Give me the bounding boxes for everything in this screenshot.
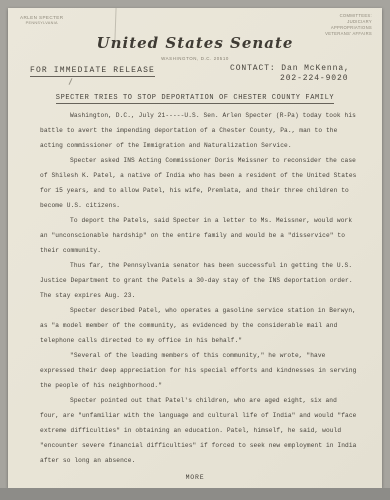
contact-line: CONTACT: Dan McKenna, xyxy=(230,64,350,74)
pen-mark xyxy=(69,78,73,85)
scanned-page-background: ARLEN SPECTER PENNSYLVANIA COMMITTEES: J… xyxy=(0,0,390,500)
headline: SPECTER TRIES TO STOP DEPORTATION OF CHE… xyxy=(8,94,382,102)
paragraph: Thus far, the Pennsylvania senator has b… xyxy=(40,258,358,303)
paragraph: Specter asked INS Acting Commissioner Do… xyxy=(40,153,358,213)
press-release-page: ARLEN SPECTER PENNSYLVANIA COMMITTEES: J… xyxy=(8,8,382,488)
senate-address: WASHINGTON, D.C. 20510 xyxy=(8,56,382,61)
contact-block: CONTACT: Dan McKenna, 202-224-9020 xyxy=(230,64,350,83)
contact-phone: 202-224-9020 xyxy=(230,74,350,84)
paragraph: Specter described Patel, who operates a … xyxy=(40,303,358,348)
release-line-text: FOR IMMEDIATE RELEASE xyxy=(30,66,155,77)
release-line: FOR IMMEDIATE RELEASE xyxy=(30,66,155,75)
more-marker: MORE xyxy=(8,474,382,481)
scan-bottom-strip xyxy=(0,488,390,500)
headline-text: SPECTER TRIES TO STOP DEPORTATION OF CHE… xyxy=(56,94,334,104)
paragraph: Washington, D.C., July 21-----U.S. Sen. … xyxy=(40,108,358,153)
paragraph: "Several of the leading members of this … xyxy=(40,348,358,393)
sender-block: ARLEN SPECTER PENNSYLVANIA xyxy=(20,15,64,25)
senate-masthead: United States Senate xyxy=(8,34,382,52)
body-text: Washington, D.C., July 21-----U.S. Sen. … xyxy=(40,108,358,468)
sender-state: PENNSYLVANIA xyxy=(20,21,64,25)
paragraph: To deport the Patels, said Specter in a … xyxy=(40,213,358,258)
paragraph: Specter pointed out that Patel's childre… xyxy=(40,393,358,468)
sender-name: ARLEN SPECTER xyxy=(20,15,64,20)
